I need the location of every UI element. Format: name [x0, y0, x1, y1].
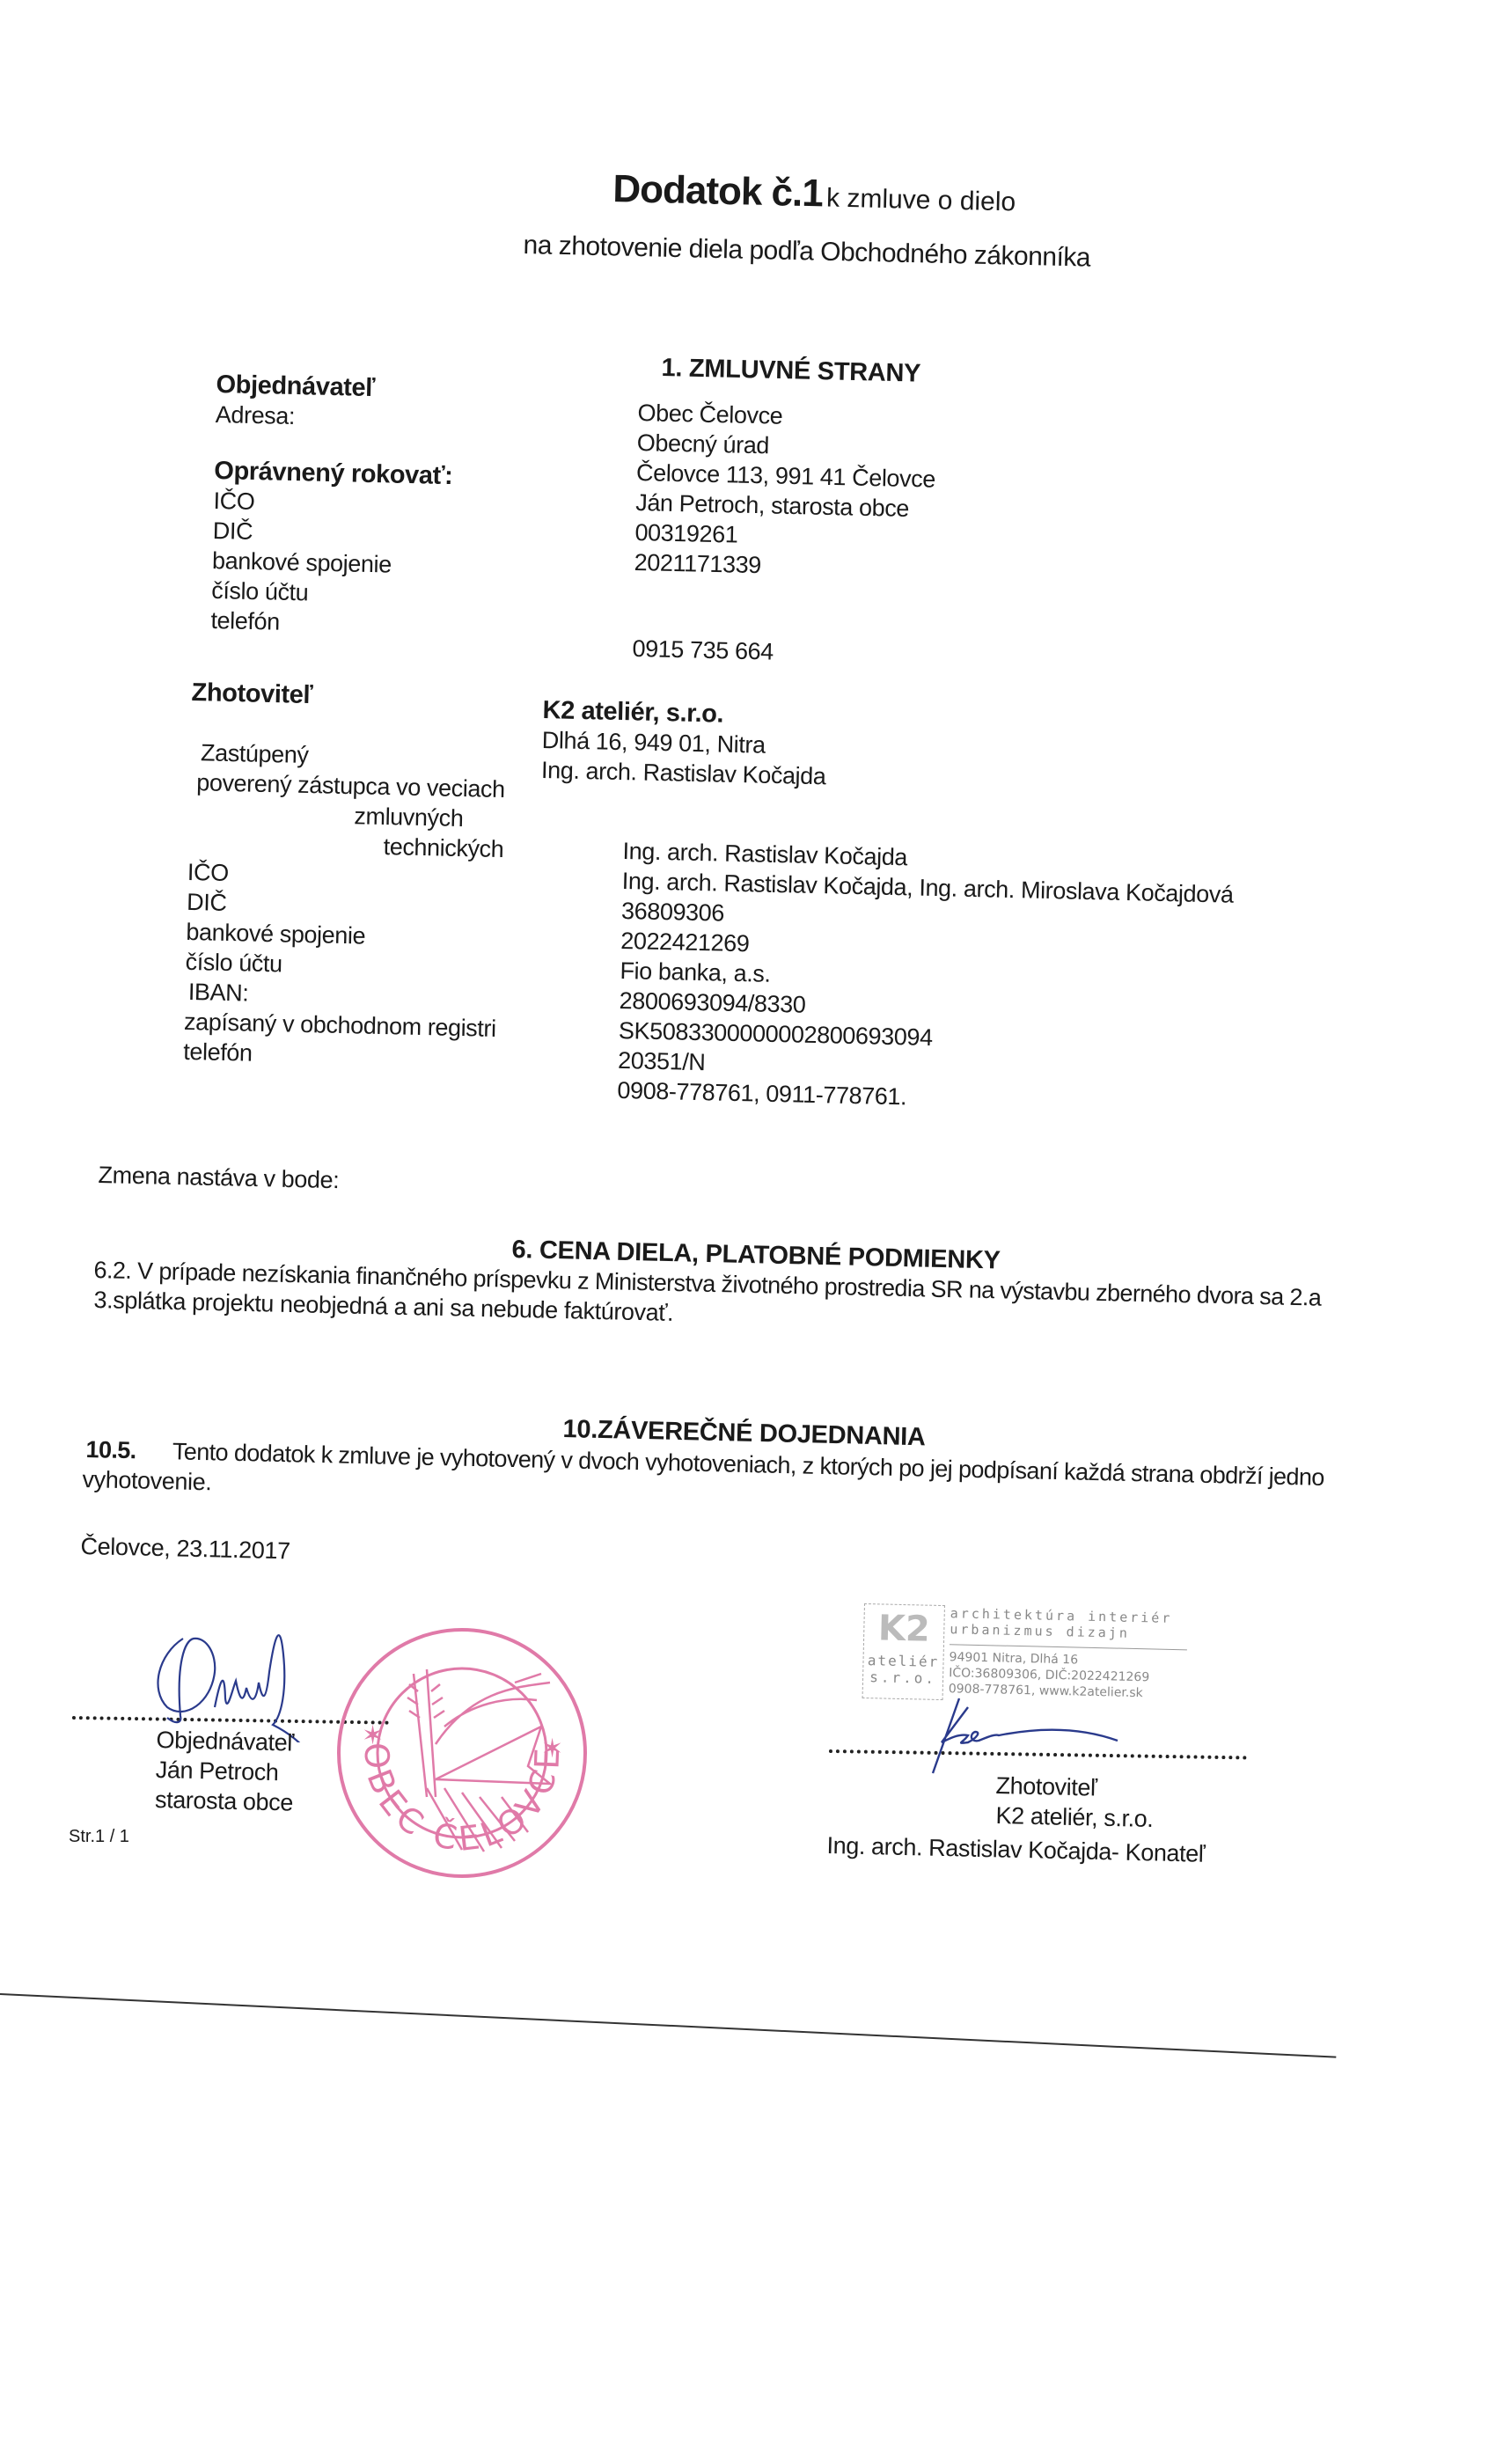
signature-left-block: Objednávateľ Ján Petroch starosta obce	[155, 1725, 295, 1818]
svg-text:✶: ✶	[541, 1734, 563, 1764]
municipal-stamp: OBEC ČELOVCE ✶ ✶	[330, 1621, 594, 1885]
title-rest: k zmluve o dielo	[826, 184, 1016, 217]
signature-right-role: Zhotoviteľ	[995, 1771, 1097, 1803]
zhotovitel-labels: Zhotoviteľ Zastúpený poverený zástupca v…	[183, 678, 508, 1074]
signature-mayor	[141, 1619, 334, 1742]
stamp-emblem-icon: OBEC ČELOVCE ✶ ✶	[330, 1621, 594, 1885]
objednavatel-values: Obec Čelovce Obecný úrad Čelovce 113, 99…	[632, 398, 937, 671]
document-title: Dodatok č.1 k zmluve o dielo	[612, 167, 1016, 220]
k2-logo-box: K2 ateliér s.r.o.	[862, 1603, 945, 1700]
signature-right-name: Ing. arch. Rastislav Kočajda- Konateľ	[826, 1830, 1205, 1869]
zhotovitel-represented: Ing. arch. Rastislav Kočajda	[541, 755, 826, 791]
k2-logo-icon: K2	[864, 1604, 944, 1654]
scan-edge-line	[0, 1993, 1336, 2058]
svg-text:✶: ✶	[362, 1720, 384, 1751]
section1-heading: 1. ZMLUVNÉ STRANY	[661, 354, 920, 389]
signature-left-role: Objednávateľ	[156, 1725, 295, 1758]
section10-line2: vyhotovenie.	[82, 1464, 212, 1497]
page-number: Str.1 / 1	[69, 1827, 129, 1847]
signature-right-company: K2 ateliér, s.r.o.	[995, 1800, 1154, 1834]
zhotovitel-values: Ing. arch. Rastislav Kočajda Ing. arch. …	[617, 836, 1235, 1119]
label-phone: telefón	[210, 605, 450, 641]
k2-firm2: s.r.o.	[863, 1668, 942, 1687]
place-date: Čelovce, 23.11.2017	[80, 1531, 290, 1566]
objednavatel-phone: 0915 735 664	[632, 634, 932, 671]
label-adresa: Adresa:	[215, 400, 454, 435]
change-intro: Zmena nastáva v bode:	[98, 1160, 339, 1195]
k2-firm1: ateliér	[863, 1652, 942, 1670]
objednavatel-labels: Objednávateľ Adresa: Oprávnený rokovať: …	[210, 370, 455, 641]
signature-contractor	[915, 1690, 1179, 1778]
zhotovitel-company: K2 ateliér, s.r.o. Dlhá 16, 949 01, Nitr…	[541, 695, 828, 791]
title-bold: Dodatok č.1	[612, 167, 823, 215]
stamp-text: OBEC ČELOVCE	[356, 1742, 567, 1859]
document-subtitle: na zhotovenie diela podľa Obchodného zák…	[523, 231, 1090, 274]
signature-left-title: starosta obce	[155, 1785, 294, 1818]
section10-number: 10.5.	[85, 1436, 136, 1463]
signature-left-name: Ján Petroch	[155, 1755, 294, 1788]
svg-text:OBEC ČELOVCE: OBEC ČELOVCE	[356, 1742, 567, 1859]
